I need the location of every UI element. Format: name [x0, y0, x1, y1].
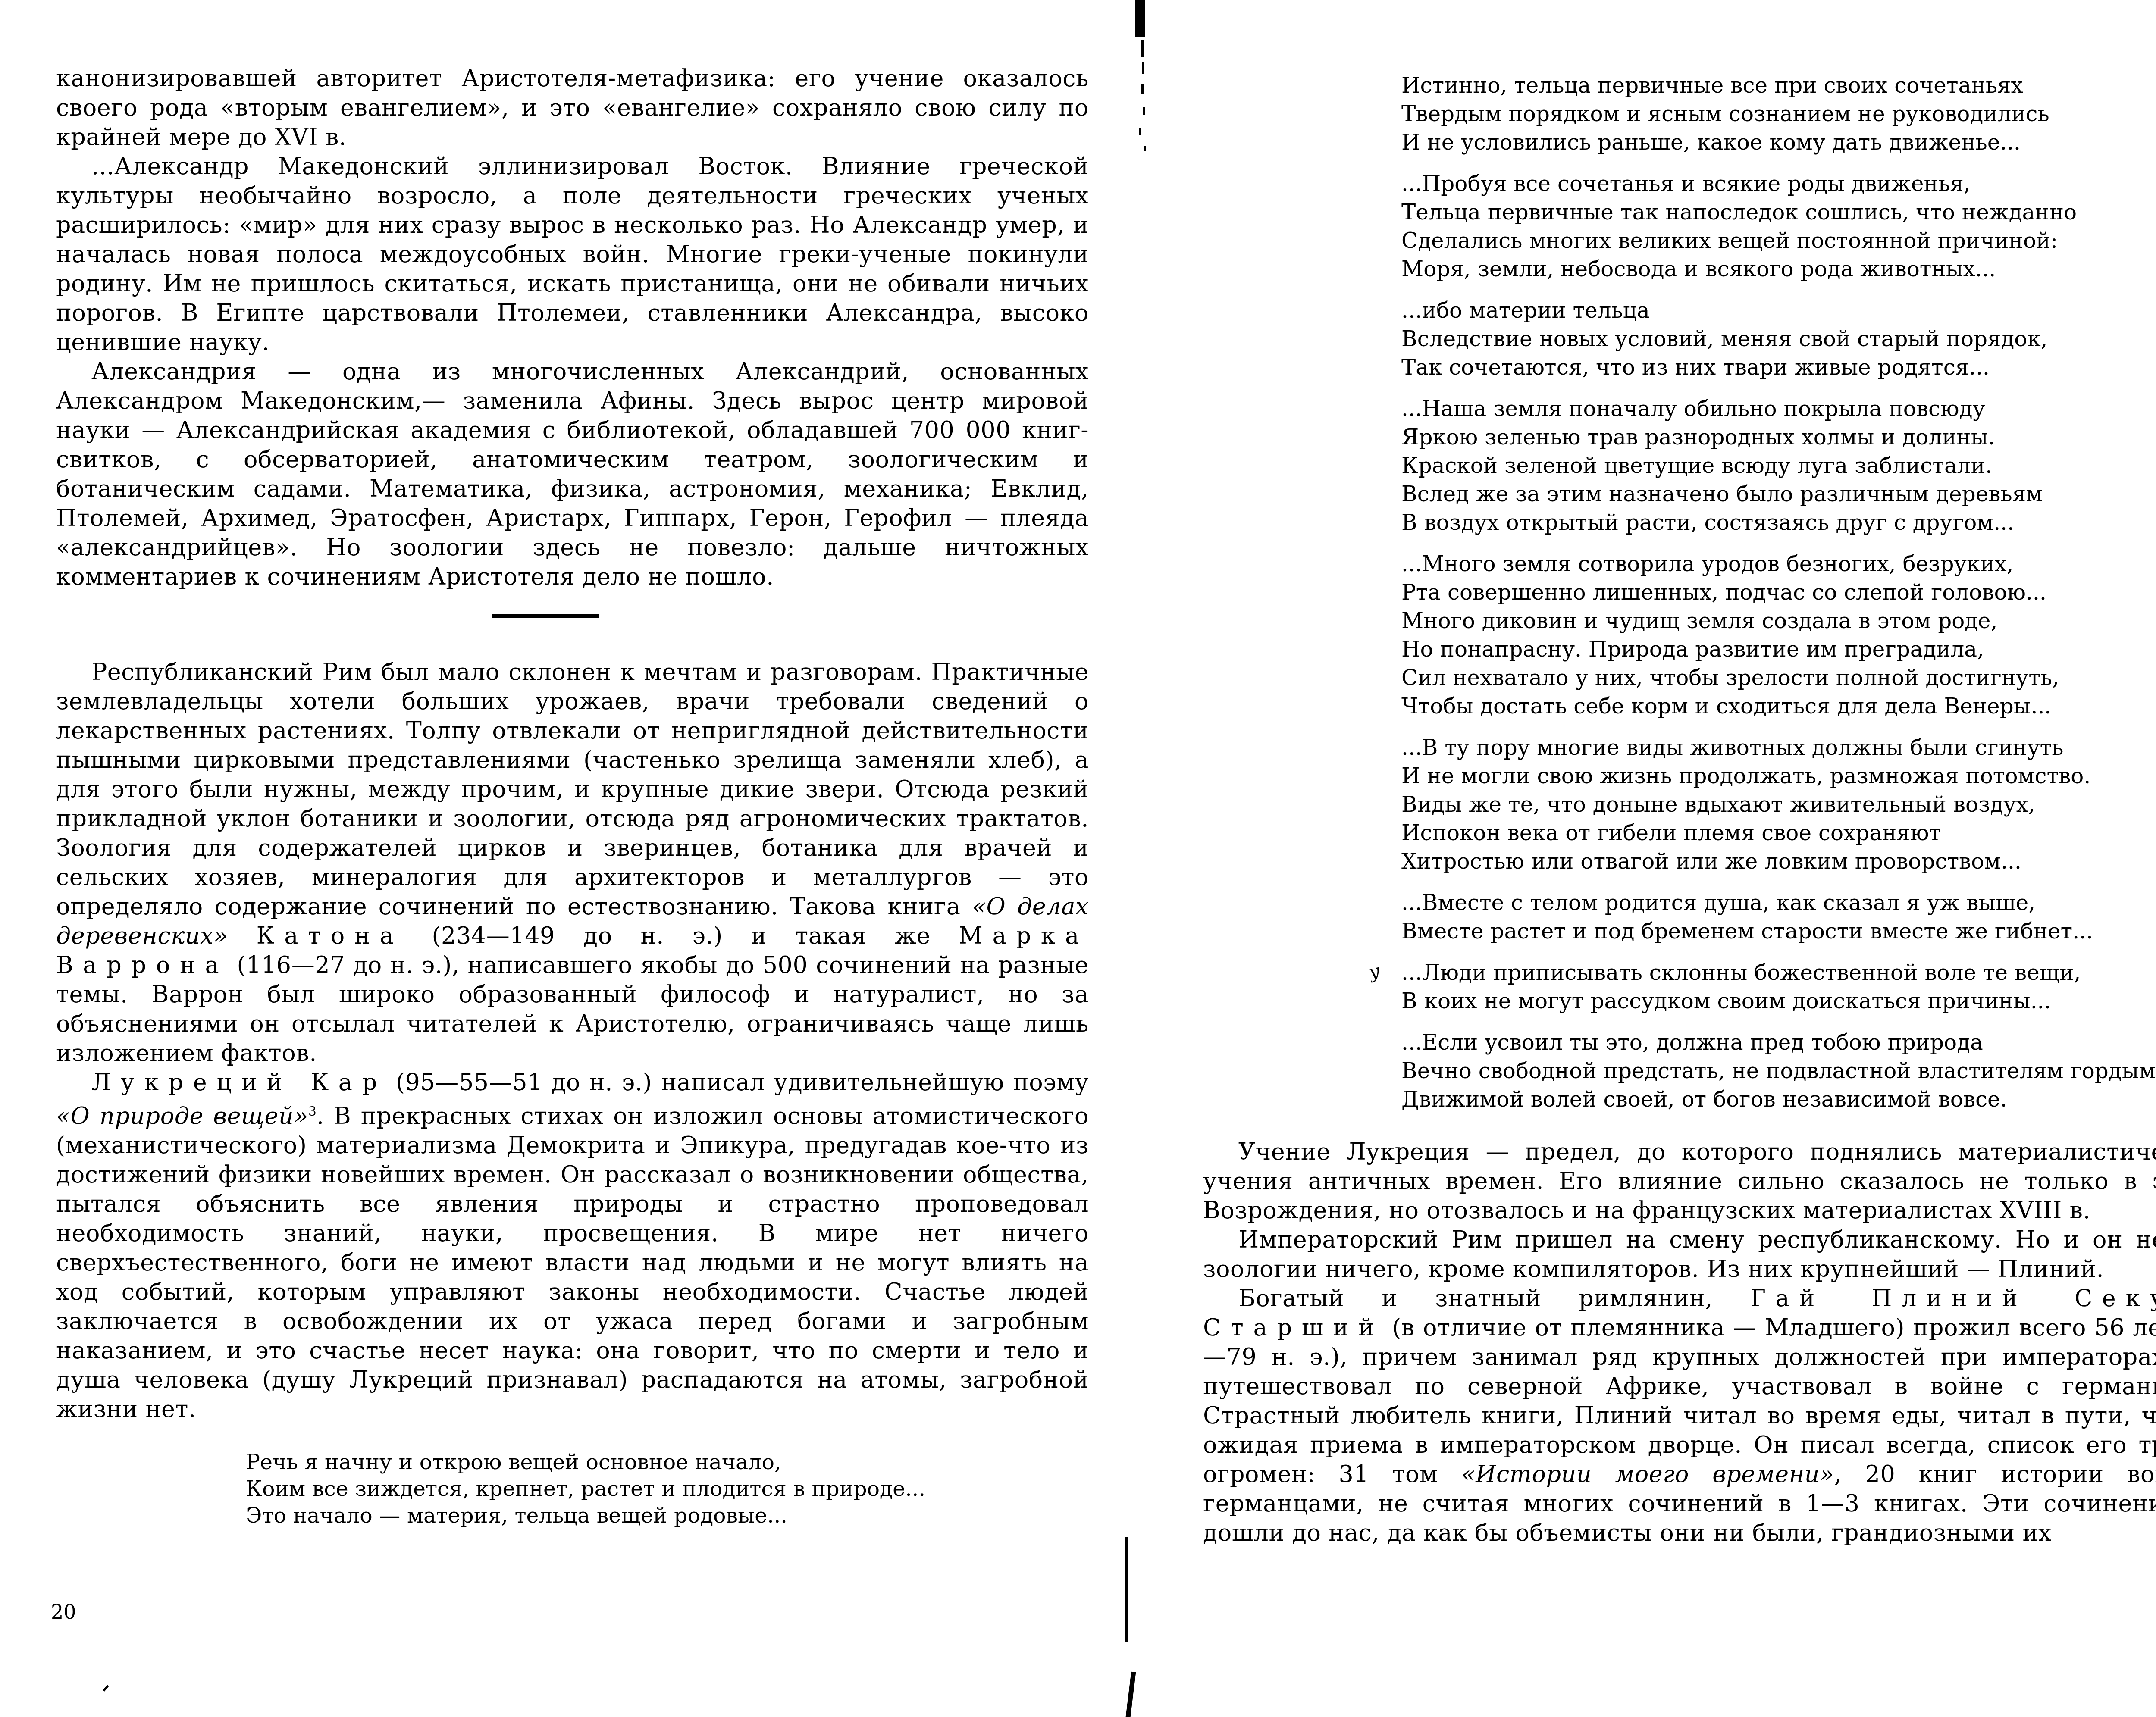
paragraph: Учение Лукреция — предел, до которого по…: [1203, 1137, 2156, 1225]
verse-stanza: ...Пробуя все сочетанья и всякие роды дв…: [1401, 169, 2156, 283]
paragraph: Республиканский Рим был мало склонен к м…: [56, 657, 1089, 1068]
paragraph: Богатый и знатный римлянин, Гай Плиний С…: [1203, 1284, 2156, 1548]
scan-artifact: [103, 1685, 109, 1691]
right-page: Истинно, тельца первичные все при своих …: [1203, 71, 2156, 1548]
paragraph-continuation: канонизировавшей авторитет Аристотеля-ме…: [56, 64, 1089, 152]
verse-stanza: ...Если усвоил ты это, должна пред тобою…: [1401, 1028, 2156, 1113]
verse-stanza: ...В ту пору многие виды животных должны…: [1401, 733, 2156, 876]
verse-stanza-with-mark: у ...Люди приписывать склонны божественн…: [1203, 958, 2156, 1015]
verse-stanza: Истинно, тельца первичные все при своих …: [1401, 71, 2156, 156]
verse-stanza: ...Люди приписывать склонны божественной…: [1401, 958, 2156, 1015]
verse-stanza: ...Наша земля поначалу обильно покрыла п…: [1401, 394, 2156, 537]
scan-artifact: [1139, 128, 1141, 135]
pencil-margin-mark: у: [1366, 960, 1382, 983]
scan-artifact: [1141, 84, 1144, 94]
verse-quotes-block: Истинно, тельца первичные все при своих …: [1203, 71, 2156, 1113]
scan-artifact: [1125, 1537, 1128, 1642]
paragraph: Александрия — одна из многочисленных Але…: [56, 357, 1089, 591]
page-number-left: 20: [51, 1600, 76, 1623]
prose-block: Учение Лукреция — предел, до которого по…: [1203, 1137, 2156, 1548]
scan-artifact: [1141, 40, 1144, 57]
paragraph: Лукреций Кар (95—55—51 до н. э.) написал…: [56, 1068, 1089, 1424]
paragraph: ...Александр Македонский эллинизировал В…: [56, 152, 1089, 357]
scan-artifact: [1126, 1672, 1136, 1717]
left-page: канонизировавшей авторитет Аристотеля-ме…: [56, 64, 1089, 1529]
paragraph: Императорский Рим пришел на смену респуб…: [1203, 1225, 2156, 1284]
verse-stanza: ...Много земля сотворила уродов безногих…: [1401, 550, 2156, 720]
verse-stanza: ...ибо материи тельцаВследствие новых ус…: [1401, 296, 2156, 382]
scan-artifact: [1135, 0, 1145, 37]
scan-artifact: [1144, 146, 1146, 151]
scan-artifact: [1143, 107, 1145, 115]
section-divider: [492, 614, 599, 618]
book-spread: канонизировавшей авторитет Аристотеля-ме…: [0, 0, 2156, 1717]
verse-stanza: ...Вместе с телом родится душа, как сказ…: [1401, 888, 2156, 945]
verse-quote: Речь я начну и открою вещей основное нач…: [246, 1449, 1089, 1529]
scan-artifact: [1142, 62, 1144, 74]
